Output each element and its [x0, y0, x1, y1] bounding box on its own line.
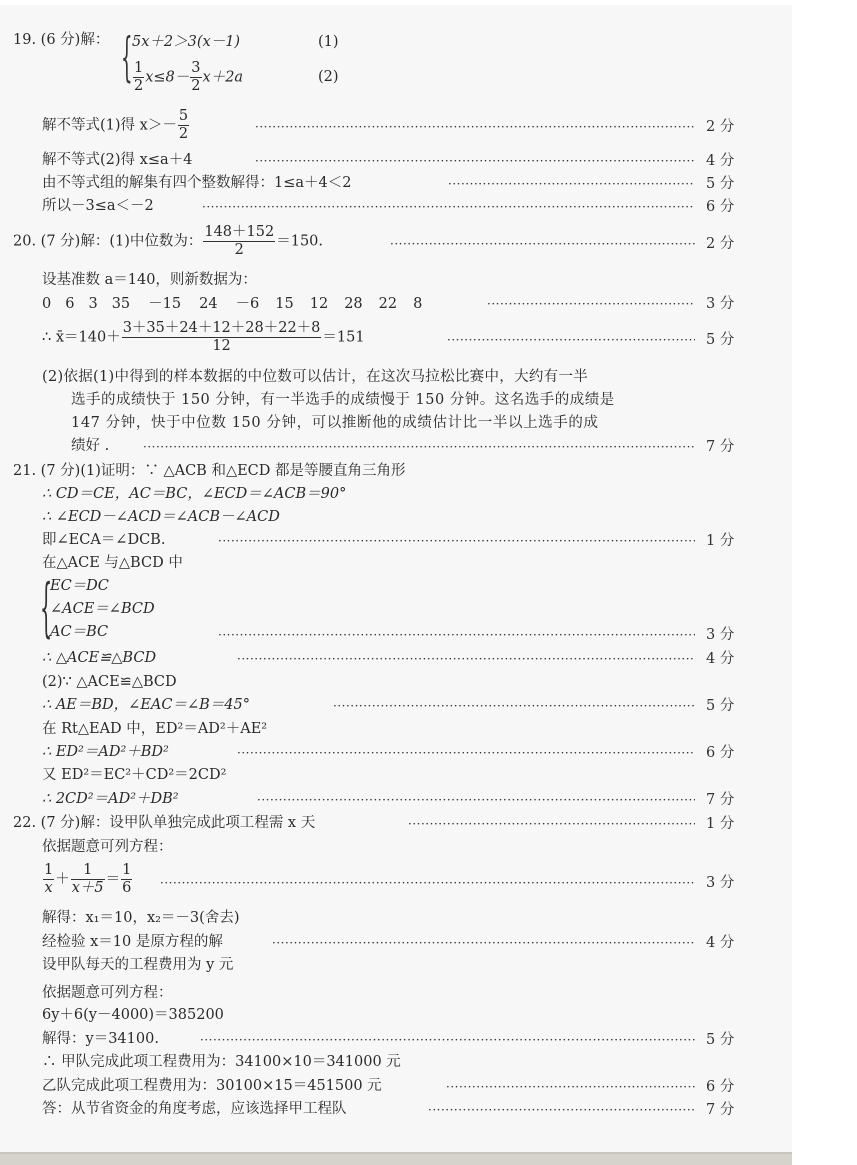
q21-score-6: 6 分 — [706, 744, 734, 762]
q22-cost-set: 设甲队每天的工程费用为 y 元 — [42, 954, 233, 977]
q19-step-1: 解不等式(1)得 x＞－52 — [42, 108, 190, 143]
q21-line-10: ∴ ED²＝AD²＋BD² — [42, 741, 169, 764]
q20-base: 设基准数 a＝140，则新数据为： — [42, 269, 257, 292]
q21-score-3: 3 分 — [706, 626, 734, 644]
leader-dots — [218, 626, 695, 644]
leader-dots — [255, 152, 695, 170]
q21-line-5: 在△ACE 与△BCD 中 — [42, 552, 183, 575]
q20-score-median: 2 分 — [706, 235, 734, 253]
q21-line-8: ∴ AE＝BD，∠EAC＝∠B＝45° — [42, 694, 250, 717]
leader-dots — [272, 934, 695, 952]
q20-new-data: 06335－1524－6151228228 — [42, 295, 422, 313]
q21-score-1: 1 分 — [706, 532, 734, 550]
leader-dots — [446, 1078, 695, 1096]
q21-line-4: 即∠ECA＝∠DCB. — [42, 529, 165, 552]
q21-line-9: 在 Rt△EAD 中，ED²＝AD²＋AE² — [42, 718, 267, 741]
q22-cost-b: 乙队完成此项工程费用为：30100×15＝451500 元 — [42, 1075, 382, 1098]
q21-line-6: ∴ △ACE≌△BCD — [42, 647, 156, 670]
leader-dots — [448, 175, 695, 193]
leader-dots — [257, 791, 695, 809]
q20-part2-line-4: 绩好 . — [71, 435, 109, 458]
q19-score-3: 5 分 — [706, 175, 734, 193]
leader-dots — [428, 1101, 695, 1119]
q21-line-11: 又 ED²＝EC²＋CD²＝2CD² — [42, 764, 226, 787]
q19-tag-1: (1) — [318, 33, 339, 51]
q19-system-line-2: 12x≤8－32x＋2a — [132, 60, 243, 95]
brace-icon: { — [121, 28, 133, 88]
q22-score-5: 5 分 — [706, 1031, 734, 1049]
q22-solve: 解得：x₁＝10，x₂＝－3(舍去) — [42, 907, 239, 930]
q22-solve2: 解得：y＝34100. — [42, 1028, 159, 1051]
leader-dots — [218, 532, 695, 550]
leader-dots — [408, 815, 695, 833]
q20-mean: ∴ x̄＝140＋3＋35＋24＋12＋28＋22＋812＝151 — [42, 320, 365, 355]
leader-dots — [447, 331, 695, 349]
q21-score-5: 5 分 — [706, 697, 734, 715]
leader-dots — [202, 198, 695, 216]
leader-dots — [390, 235, 695, 253]
q22-score-3: 3 分 — [706, 874, 734, 892]
q20-score-mean: 5 分 — [706, 331, 734, 349]
q19-step-2: 解不等式(2)得 x≤a＋4 — [42, 149, 192, 172]
q19-tag-2: (2) — [318, 68, 339, 86]
q19-score-1: 2 分 — [706, 118, 734, 136]
leader-dots — [333, 697, 695, 715]
leader-dots — [255, 118, 695, 136]
q19-score-4: 6 分 — [706, 198, 734, 216]
q21-line-7: (2)∵ △ACE≌△BCD — [42, 671, 177, 694]
q19-score-2: 4 分 — [706, 152, 734, 170]
q22-answer: 答：从节省资金的角度考虑，应该选择甲工程队 — [42, 1098, 347, 1121]
q19-step-4: 所以－3≤a＜－2 — [42, 195, 154, 218]
q22-score-1: 1 分 — [706, 815, 734, 833]
q20-median: 20. (7 分)解：(1)中位数为：148＋1522＝150. — [13, 224, 323, 259]
q22-score-6: 6 分 — [706, 1078, 734, 1096]
leader-dots — [237, 650, 695, 668]
q21-score-4: 4 分 — [706, 650, 734, 668]
q22-score-7: 7 分 — [706, 1101, 734, 1119]
q19-head: 19. (6 分)解： — [13, 29, 109, 52]
q20-part2-line-3: 147 分钟，快于中位数 150 分钟，可以推断他的成绩估计比一半以上选手的成 — [71, 412, 599, 435]
q20-part2-line-2: 选手的成绩快于 150 分钟，有一半选手的成绩慢于 150 分钟。这名选手的成绩… — [71, 389, 615, 412]
q21-line-12: ∴ 2CD²＝AD²＋DB² — [42, 788, 179, 811]
q22-cost-a: ∴ 甲队完成此项工程费用为：34100×10＝341000 元 — [42, 1051, 401, 1074]
q21-line-1: 21. (7 分)(1)证明：∵ △ACB 和△ECD 都是等腰直角三角形 — [13, 460, 406, 483]
q22-eq2-intro: 依据题意可列方程： — [42, 982, 173, 1005]
q22-score-4: 4 分 — [706, 934, 734, 952]
leader-dots — [487, 295, 695, 313]
q20-score-part2: 7 分 — [706, 438, 734, 456]
q21-system-3: AC＝BC — [50, 621, 108, 644]
q21-system-1: EC＝DC — [50, 575, 109, 598]
q20-part2-line-1: (2)依据(1)中得到的样本数据的中位数可以估计，在这次马拉松比赛中，大约有一半 — [42, 366, 588, 389]
q22-eq2: 6y＋6(y－4000)＝385200 — [42, 1004, 224, 1027]
leader-dots — [200, 1031, 695, 1049]
q22-head: 22. (7 分)解：设甲队单独完成此项工程需 x 天 — [13, 812, 315, 835]
q19-step-3: 由不等式组的解集有四个整数解得：1≤a＋4＜2 — [42, 172, 351, 195]
q19-system-line-1: 5x＋2＞3(x－1) — [132, 33, 240, 51]
q22-check: 经检验 x＝10 是原方程的解 — [42, 931, 223, 954]
q20-score-data: 3 分 — [706, 295, 734, 313]
q21-score-7: 7 分 — [706, 791, 734, 809]
leader-dots — [143, 438, 695, 456]
q21-system-2: ∠ACE＝∠BCD — [50, 598, 155, 621]
q22-eq-intro: 依据题意可列方程： — [42, 836, 173, 859]
q21-line-3: ∴ ∠ECD－∠ACD＝∠ACB－∠ACD — [42, 506, 280, 529]
bottom-frame — [0, 1152, 792, 1165]
leader-dots — [237, 744, 695, 762]
q22-equation: 1x＋1x＋5＝16 — [42, 862, 133, 897]
q21-line-2: ∴ CD＝CE，AC＝BC，∠ECD＝∠ACB＝90° — [42, 483, 346, 506]
leader-dots — [160, 874, 695, 892]
